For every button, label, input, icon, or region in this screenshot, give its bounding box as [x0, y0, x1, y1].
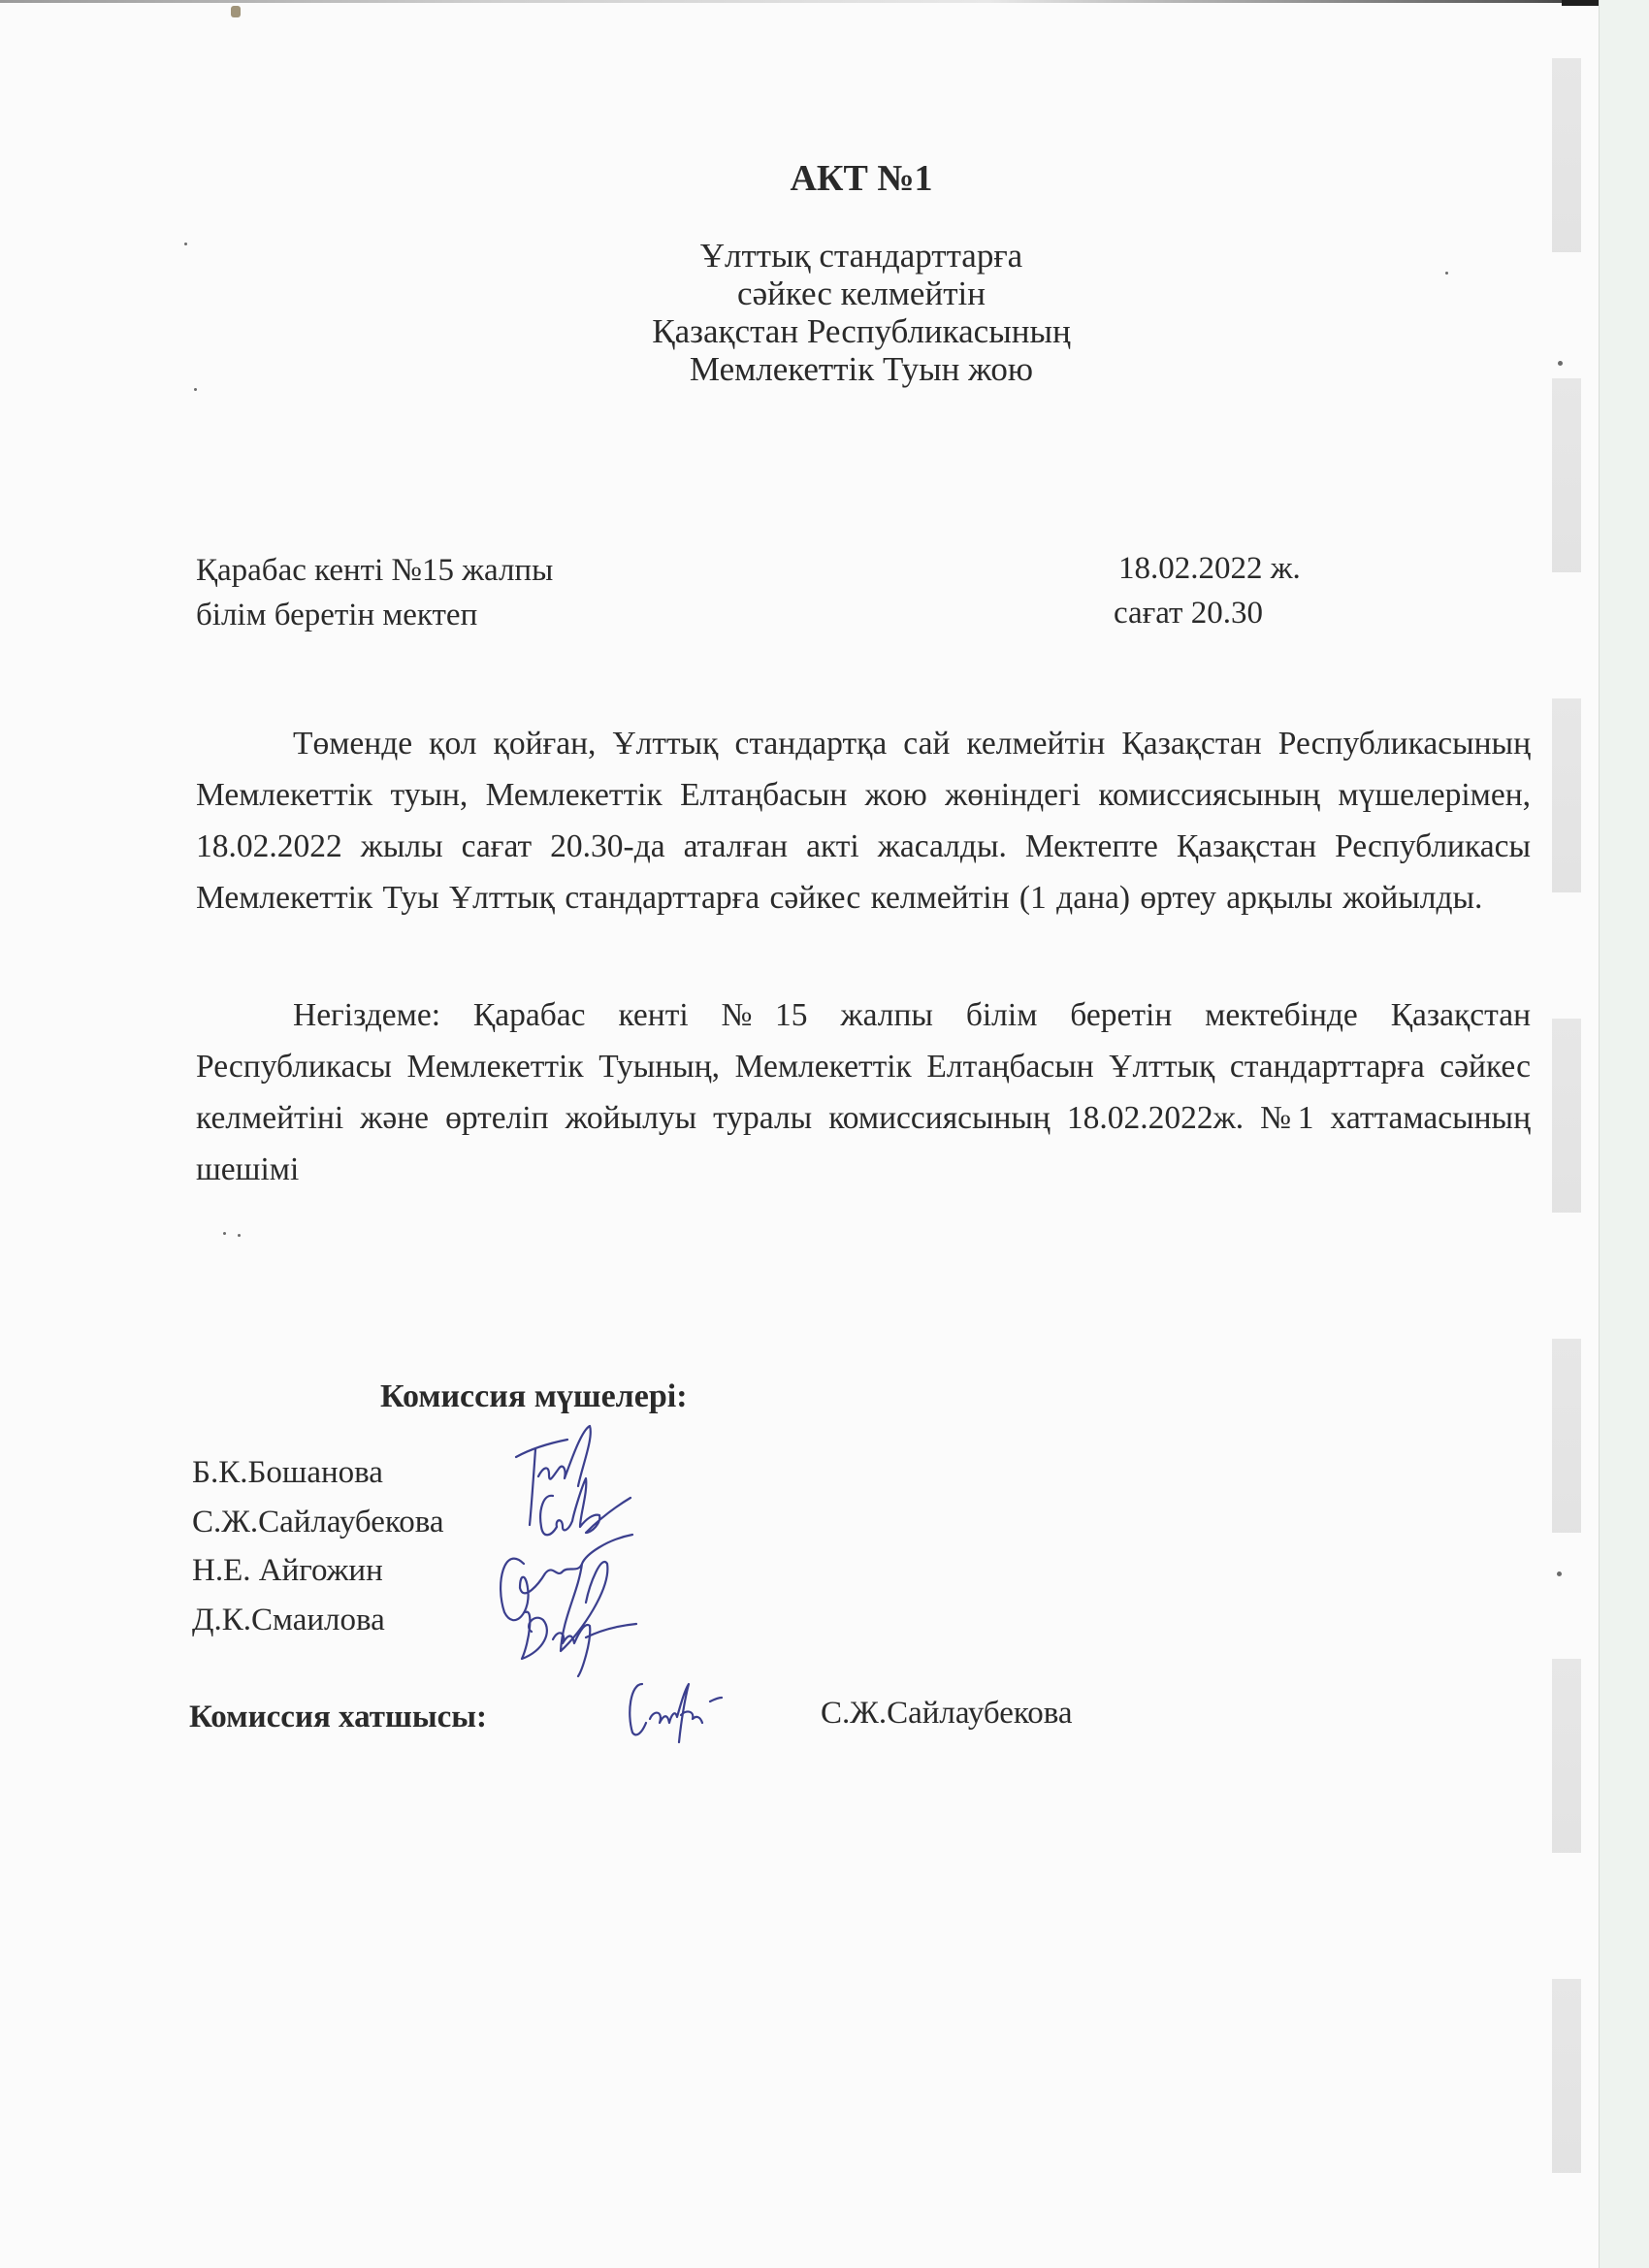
member-name: Б.К.Бошанова — [192, 1448, 444, 1498]
document-subtitle: Ұлттық стандарттарға сәйкес келмейтін Қа… — [0, 237, 1649, 388]
scan-stain — [231, 6, 241, 17]
place-line: білім беретін мектеп — [196, 593, 553, 637]
members-signatures-icon — [485, 1418, 640, 1680]
document-date: 18.02.2022 ж. — [1114, 546, 1301, 591]
scan-speck — [194, 388, 197, 391]
secretary-name: С.Ж.Сайлаубекова — [821, 1694, 1073, 1733]
document-title: АКТ №1 — [0, 157, 1649, 200]
commission-title: Комиссия мүшелері: — [380, 1376, 688, 1418]
member-name: Д.К.Смаилова — [192, 1596, 444, 1645]
member-name: С.Ж.Сайлаубекова — [192, 1498, 444, 1547]
scan-speck — [223, 1232, 226, 1235]
subtitle-line: сәйкес келмейтін — [0, 275, 1649, 312]
scan-speck — [238, 1234, 241, 1237]
secretary-label: Комиссия хатшысы: — [189, 1698, 487, 1736]
secretary-signature-icon — [621, 1655, 737, 1747]
datetime-block: 18.02.2022 ж. сағат 20.30 — [1114, 546, 1301, 635]
subtitle-line: Мемлекеттік Туын жою — [0, 350, 1649, 388]
commission-members-list: Б.К.Бошанова С.Ж.Сайлаубекова Н.Е. Айгож… — [192, 1448, 444, 1644]
document-time: сағат 20.30 — [1114, 591, 1301, 635]
subtitle-line: Ұлттық стандарттарға — [0, 237, 1649, 275]
place-block: Қарабас кенті №15 жалпы білім беретін ме… — [196, 548, 553, 637]
scan-edge-top — [0, 0, 1649, 3]
member-name: Н.Е. Айгожин — [192, 1546, 444, 1596]
scan-speck — [1557, 1571, 1562, 1576]
body-paragraph: Төменде қол қойған, Ұлттық стандартқа са… — [196, 718, 1531, 923]
subtitle-line: Қазақстан Республикасының — [0, 312, 1649, 350]
basis-paragraph: Негіздеме: Қарабас кенті №15 жалпы білім… — [196, 989, 1531, 1195]
place-line: Қарабас кенті №15 жалпы — [196, 548, 553, 593]
